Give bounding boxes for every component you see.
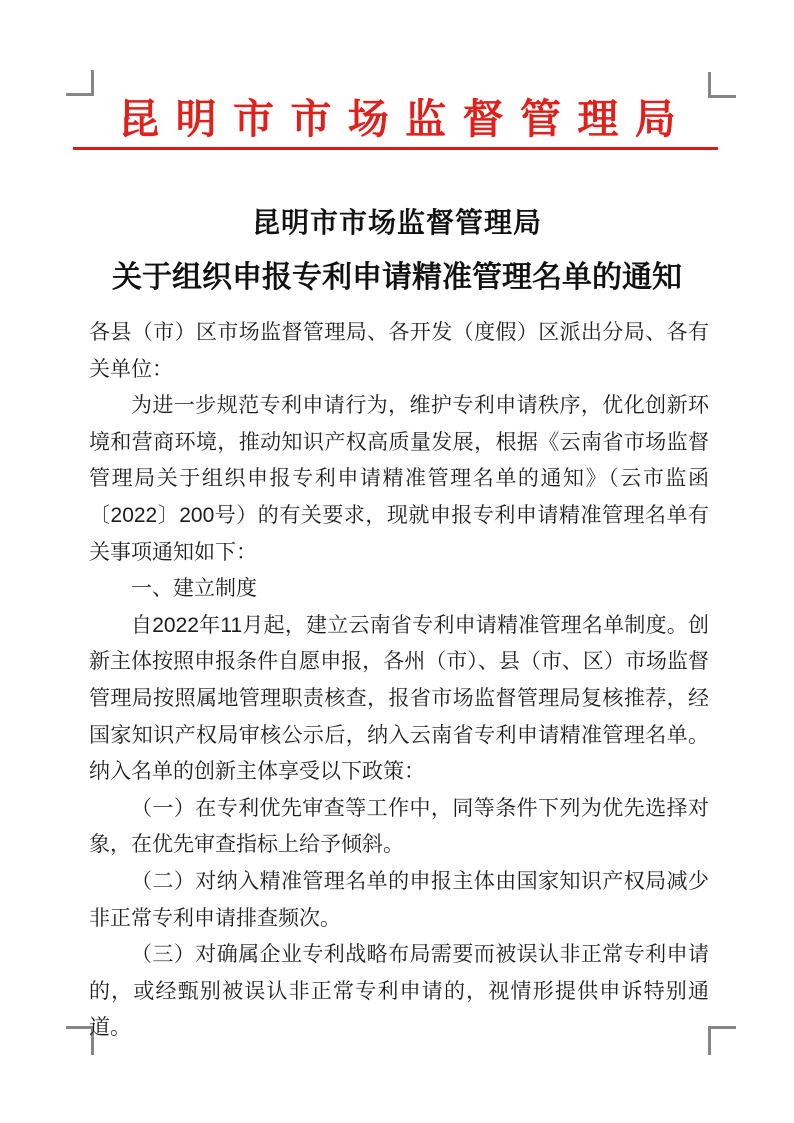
paragraph-intro: 为进一步规范专利申请行为，维护专利申请秩序，优化创新环境和营商环境，推动知识产权…: [89, 388, 709, 571]
doc-title-line2: 关于组织申报专利申请精准管理名单的通知: [0, 252, 794, 296]
paragraph-system: 自2022年11月起，建立云南省专利申请精准管理名单制度。创新主体按照申报条件自…: [89, 608, 709, 791]
letterhead-red-rule: [73, 147, 718, 150]
doc-title-line1: 昆明市市场监督管理局: [0, 201, 794, 241]
paragraph-policy-1: （一）在专利优先审查等工作中，同等条件下列为优先选择对象，在优先审查指标上给予倾…: [89, 791, 709, 864]
crop-mark-bottom-right-icon: [708, 1026, 736, 1055]
salutation: 各县（市）区市场监督管理局、各开发（度假）区派出分局、各有关单位：: [89, 315, 709, 388]
section-heading-1: 一、建立制度: [89, 571, 709, 608]
document-page: 昆明市市场监督管理局 昆明市市场监督管理局 关于组织申报专利申请精准管理名单的通…: [0, 0, 794, 1123]
paragraph-policy-2: （二）对纳入精准管理名单的申报主体由国家知识产权局减少非正常专利申请排查频次。: [89, 864, 709, 937]
document-body: 各县（市）区市场监督管理局、各开发（度假）区派出分局、各有关单位： 为进一步规范…: [89, 315, 709, 1047]
paragraph-policy-3: （三）对确属企业专利战略布局需要而被误认非正常专利申请的，或经甄别被误认非正常专…: [89, 937, 709, 1047]
letterhead-org-name: 昆明市市场监督管理局: [0, 86, 794, 145]
